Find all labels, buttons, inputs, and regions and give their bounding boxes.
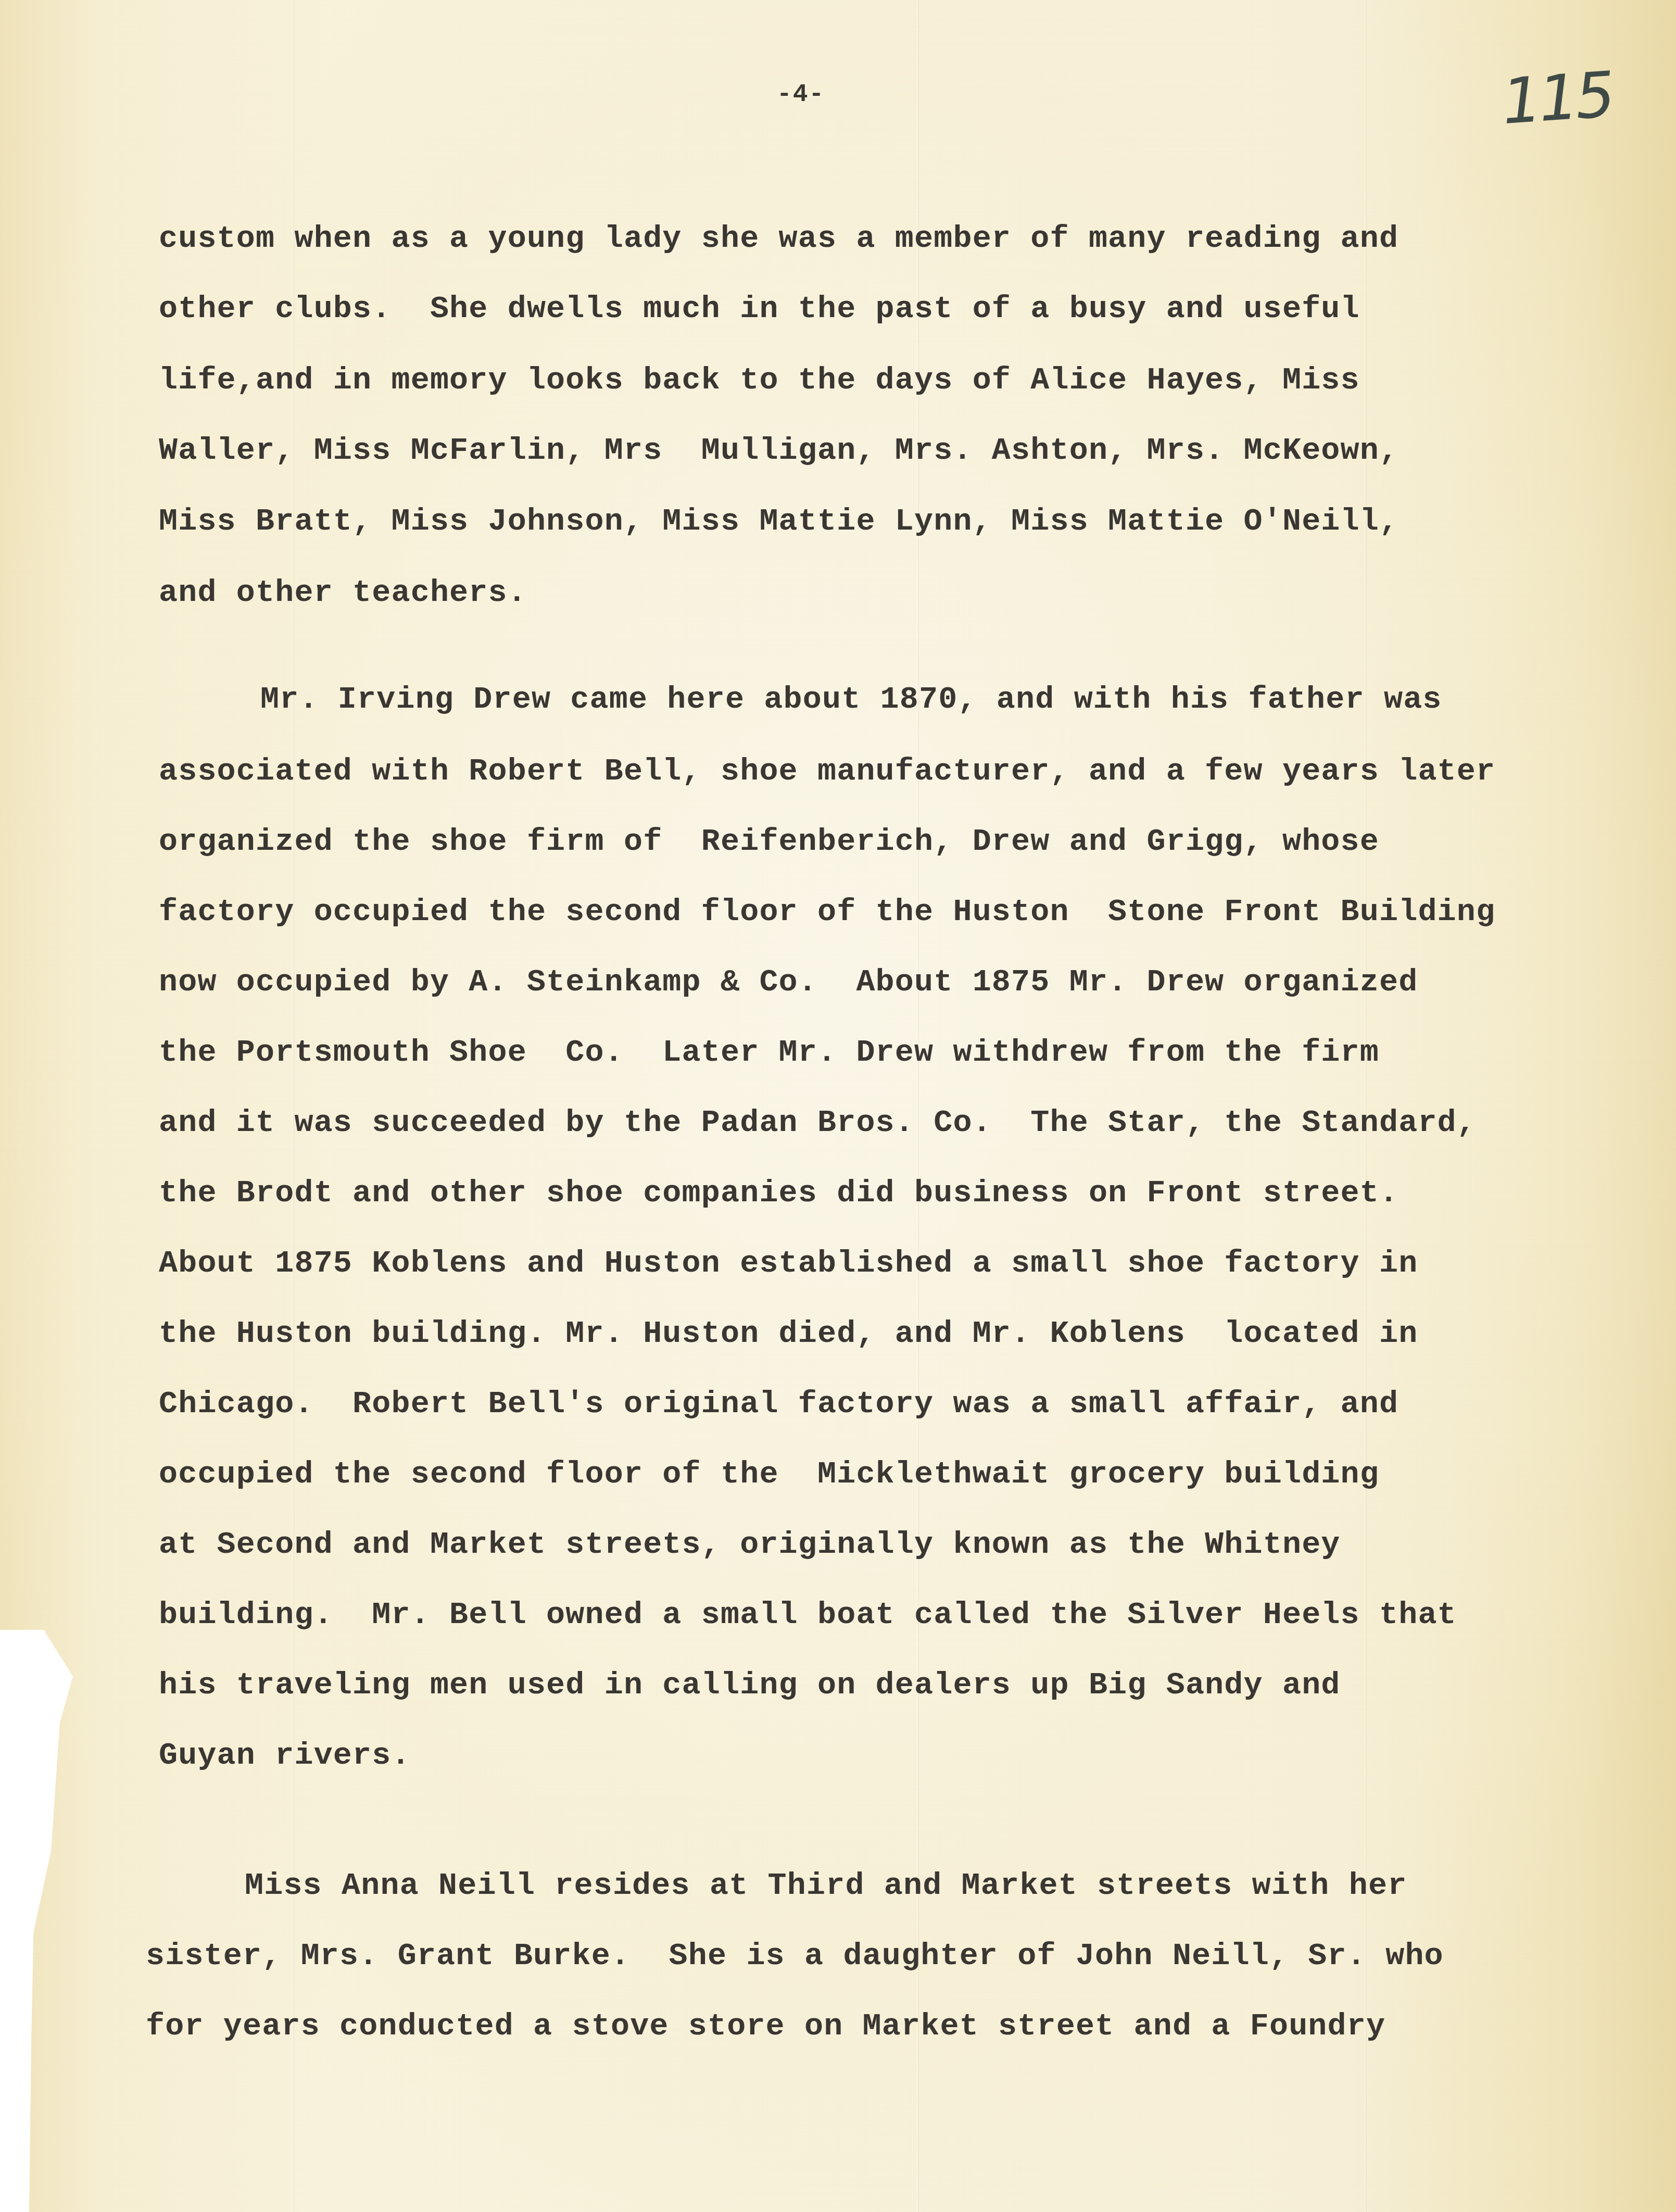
- text-line: Miss Anna Neill resides at Third and Mar…: [245, 1868, 1407, 1904]
- text-line: sister, Mrs. Grant Burke. She is a daugh…: [146, 1939, 1444, 1974]
- document-page: -4- 115 custom when as a young lady she …: [0, 0, 1676, 2212]
- text-line: Miss Bratt, Miss Johnson, Miss Mattie Ly…: [159, 504, 1398, 539]
- text-line: organized the shoe firm of Reifenberich,…: [159, 824, 1379, 860]
- text-line: About 1875 Koblens and Huston establishe…: [159, 1246, 1418, 1281]
- text-line: for years conducted a stove store on Mar…: [146, 2009, 1385, 2044]
- text-line: associated with Robert Bell, shoe manufa…: [159, 754, 1495, 789]
- text-line: Guyan rivers.: [159, 1738, 411, 1774]
- text-line: and other teachers.: [159, 575, 527, 611]
- torn-corner: [0, 1630, 73, 2212]
- text-line: the Huston building. Mr. Huston died, an…: [159, 1316, 1418, 1352]
- text-line: the Brodt and other shoe companies did b…: [159, 1176, 1398, 1211]
- page-number: -4-: [777, 81, 825, 109]
- text-line: life,and in memory looks back to the day…: [159, 363, 1360, 398]
- text-line: Chicago. Robert Bell's original factory …: [159, 1387, 1398, 1422]
- handwritten-archive-number: 115: [1499, 59, 1614, 139]
- text-line: Mr. Irving Drew came here about 1870, an…: [260, 682, 1442, 718]
- text-line: Waller, Miss McFarlin, Mrs Mulligan, Mrs…: [159, 433, 1398, 469]
- text-line: the Portsmouth Shoe Co. Later Mr. Drew w…: [159, 1035, 1379, 1071]
- text-line: factory occupied the second floor of the…: [159, 895, 1495, 930]
- text-line: other clubs. She dwells much in the past…: [159, 292, 1360, 327]
- text-line: and it was succeeded by the Padan Bros. …: [159, 1105, 1476, 1141]
- text-line: at Second and Market streets, originally…: [159, 1527, 1341, 1563]
- text-line: custom when as a young lady she was a me…: [159, 221, 1398, 257]
- text-line: now occupied by A. Steinkamp & Co. About…: [159, 965, 1418, 1000]
- text-line: building. Mr. Bell owned a small boat ca…: [159, 1598, 1457, 1633]
- typed-body-text: custom when as a young lady she was a me…: [0, 0, 78, 1133]
- text-line: his traveling men used in calling on dea…: [159, 1668, 1341, 1703]
- text-line: occupied the second floor of the Micklet…: [159, 1457, 1379, 1492]
